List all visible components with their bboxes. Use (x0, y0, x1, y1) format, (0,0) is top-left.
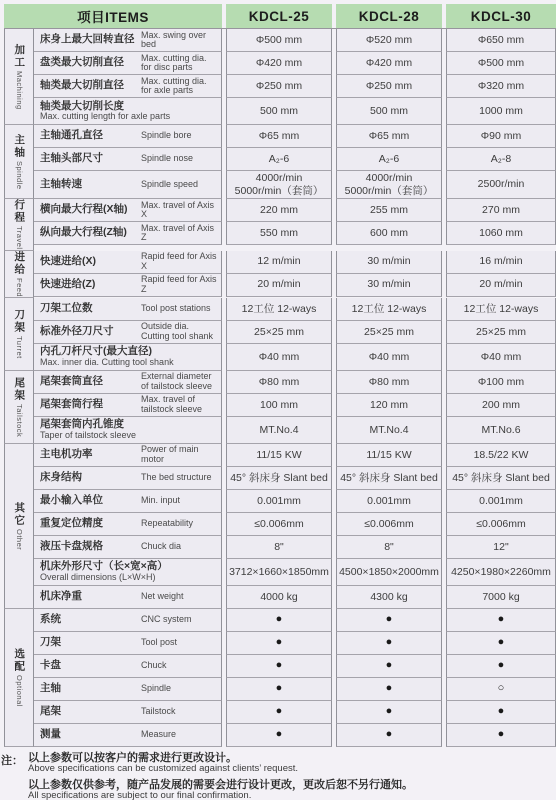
note-prefix-spacer (0, 779, 28, 800)
item-label: 最小输入单位Min. input (34, 490, 222, 513)
item-label: 尾架套筒内孔锥度Taper of tailstock sleeve (34, 417, 222, 444)
value-cell: 8" (226, 536, 332, 559)
value-cell: 4500×1850×2000mm (336, 559, 442, 586)
item-label: 刀架工位数Tool post stations (34, 298, 222, 321)
item-label: 横向最大行程(X轴)Max. travel of Axis X (34, 199, 222, 222)
option-dot-cell: ● (336, 632, 442, 655)
spec-sheet-page: 项目ITEMS KDCL-25 KDCL-28 KDCL-30 加工Machin… (0, 0, 556, 800)
group-label-feed: 进给Feed (4, 251, 34, 298)
item-label: 主轴头部尺寸Spindle nose (34, 148, 222, 171)
value-cell: Φ320 mm (446, 75, 556, 98)
value-cell: 18.5/22 KW (446, 444, 556, 467)
item-label-en: Spindle (141, 684, 171, 693)
item-label-en: Tool post (141, 638, 177, 647)
item-label-cn: 刀架工位数 (40, 303, 137, 315)
item-label-en: Spindle nose (141, 154, 193, 163)
item-label-cn: 主轴 (40, 683, 137, 695)
group-label-machining: 加工Machining (4, 29, 34, 125)
group-label-travel: 行程Travel (4, 199, 34, 251)
value-cell: A₂-8 (446, 148, 556, 171)
value-cell: Φ40 mm (446, 344, 556, 371)
value-cell: Φ80 mm (226, 371, 332, 394)
note-2: 以上参数仅供参考，随产品发展的需要会进行设计更改，更改后恕不另行通知。 All … (0, 779, 552, 800)
item-label-en: Power of main motor (141, 445, 219, 464)
value-cell: MT.No.4 (336, 417, 442, 444)
spec-group-feed: 进给Feed快速进给(X)Rapid feed for Axis X12 m/m… (4, 251, 556, 298)
spec-row: 主轴Spindle●●○ (34, 678, 556, 701)
item-label-en: Rapid feed for Axis X (141, 252, 219, 271)
item-label: 机床外形尺寸（长×宽×高）Overall dimensions (L×W×H) (34, 559, 222, 586)
item-label: 盘类最大切削直径Max. cutting dia. for disc parts (34, 52, 222, 75)
value-cell: 16 m/min (446, 251, 556, 274)
spec-row: 盘类最大切削直径Max. cutting dia. for disc parts… (34, 52, 556, 75)
item-label-cn: 快速进给(Z) (40, 279, 137, 291)
spec-row: 主轴转速Spindle speed4000r/min 5000r/min（套筒）… (34, 171, 556, 199)
group-rows: 主电机功率Power of main motor11/15 KW11/15 KW… (34, 444, 556, 609)
value-cell: Φ90 mm (446, 125, 556, 148)
spec-row: 轴类最大切削直径Max. cutting dia. for axle parts… (34, 75, 556, 98)
item-label: 测量Measure (34, 724, 222, 747)
spec-group-spindle: 主轴Spindle主轴通孔直径Spindle boreΦ65 mmΦ65 mmΦ… (4, 125, 556, 199)
spec-row: 尾架套筒行程Max. travel of tailstock sleeve100… (34, 394, 556, 417)
item-label-en: Tool post stations (141, 304, 211, 313)
value-cell: 45° 斜床身 Slant bed (336, 467, 442, 490)
spec-table-groups: 加工Machining床身上最大回转直径Max. swing over bedΦ… (4, 28, 556, 747)
value-cell: 4300 kg (336, 586, 442, 609)
item-label-en: External diameter of tailstock sleeve (141, 372, 219, 391)
spec-row: 内孔刀杆尺寸(最大直径)Max. inner dia. Cutting tool… (34, 344, 556, 371)
value-cell: Φ420 mm (336, 52, 442, 75)
item-label: 机床净重Net weight (34, 586, 222, 609)
option-dot-cell: ○ (446, 678, 556, 701)
value-cell: 3712×1660×1850mm (226, 559, 332, 586)
value-cell: A₂-6 (226, 148, 332, 171)
spec-group-travel: 行程Travel横向最大行程(X轴)Max. travel of Axis X2… (4, 199, 556, 251)
option-dot-cell: ● (336, 678, 442, 701)
item-label-en: Max. travel of Axis X (141, 201, 219, 220)
spec-row: 机床净重Net weight4000 kg4300 kg7000 kg (34, 586, 556, 609)
spec-row: 主轴头部尺寸Spindle noseA₂-6A₂-6A₂-8 (34, 148, 556, 171)
spec-row: 液压卡盘规格Chuck dia8"8"12" (34, 536, 556, 559)
option-dot-cell: ● (226, 678, 332, 701)
value-cell: 30 m/min (336, 274, 442, 297)
value-cell: 2500r/min (446, 171, 556, 199)
note-1: 注： 以上参数可以按客户的需求进行更改设计。 Above specificati… (0, 752, 552, 774)
item-label: 尾架Tailstock (34, 701, 222, 724)
spec-row: 尾架套筒直径External diameter of tailstock sle… (34, 371, 556, 394)
note-1-en: Above specifications can be customized a… (28, 764, 298, 774)
option-dot-cell: ● (226, 655, 332, 678)
group-label-cn: 进给 (14, 251, 25, 276)
item-label: 标准外径刀尺寸Outside dia. Cutting tool shank (34, 321, 222, 344)
item-label: 主轴Spindle (34, 678, 222, 701)
value-cell: Φ250 mm (336, 75, 442, 98)
value-cell: ≤0.006mm (336, 513, 442, 536)
spec-row: 主轴通孔直径Spindle boreΦ65 mmΦ65 mmΦ90 mm (34, 125, 556, 148)
item-label-cn: 机床净重 (40, 591, 137, 603)
spec-row: 快速进给(Z)Rapid feed for Axis Z20 m/min30 m… (34, 274, 556, 297)
group-label-optional: 选配Optional (4, 609, 34, 747)
spec-row: 测量Measure●●● (34, 724, 556, 747)
spec-row: 快速进给(X)Rapid feed for Axis X12 m/min30 m… (34, 251, 556, 274)
spec-group-tailstock: 尾架Tailstock尾架套筒直径External diameter of ta… (4, 371, 556, 444)
value-cell: 20 m/min (446, 274, 556, 297)
value-cell: Φ80 mm (336, 371, 442, 394)
value-cell: Φ40 mm (336, 344, 442, 371)
item-label-cn: 床身结构 (40, 472, 137, 484)
item-label-en: Spindle speed (141, 180, 198, 189)
value-cell: 4250×1980×2260mm (446, 559, 556, 586)
spec-group-machining: 加工Machining床身上最大回转直径Max. swing over bedΦ… (4, 29, 556, 125)
value-cell: 0.001mm (336, 490, 442, 513)
group-label-en: Travel (15, 226, 23, 250)
spec-row: 横向最大行程(X轴)Max. travel of Axis X220 mm255… (34, 199, 556, 222)
value-cell: ≤0.006mm (446, 513, 556, 536)
item-label: 快速进给(X)Rapid feed for Axis X (34, 251, 222, 274)
item-label-cn: 刀架 (40, 637, 137, 649)
item-label-cn: 纵向最大行程(Z轴) (40, 227, 137, 239)
note-prefix: 注： (0, 752, 28, 774)
spec-row: 刀架Tool post●●● (34, 632, 556, 655)
value-cell: 45° 斜床身 Slant bed (446, 467, 556, 490)
spec-row: 机床外形尺寸（长×宽×高）Overall dimensions (L×W×H)3… (34, 559, 556, 586)
value-cell: 25×25 mm (336, 321, 442, 344)
spec-row: 卡盘Chuck●●● (34, 655, 556, 678)
spec-row: 纵向最大行程(Z轴)Max. travel of Axis Z550 mm600… (34, 222, 556, 245)
value-cell: 11/15 KW (336, 444, 442, 467)
item-label: 快速进给(Z)Rapid feed for Axis Z (34, 274, 222, 297)
value-cell: Φ500 mm (446, 52, 556, 75)
item-label-en: Measure (141, 730, 176, 739)
value-cell: 25×25 mm (226, 321, 332, 344)
group-label-en: Turret (15, 336, 23, 359)
value-cell: 8" (336, 536, 442, 559)
value-cell: 500 mm (336, 98, 442, 125)
item-label-cn: 测量 (40, 729, 137, 741)
value-cell: Φ650 mm (446, 29, 556, 52)
value-cell: 100 mm (226, 394, 332, 417)
option-dot-cell: ● (446, 701, 556, 724)
group-label-cn: 选配 (14, 648, 25, 673)
item-label: 床身结构The bed structure (34, 467, 222, 490)
item-label-en: Taper of tailstock sleeve (40, 431, 136, 440)
header-model-kdcl-30: KDCL-30 (446, 4, 556, 28)
item-label-cn: 主轴转速 (40, 179, 137, 191)
item-label-cn: 系统 (40, 614, 137, 626)
header-model-kdcl-28: KDCL-28 (336, 4, 442, 28)
item-label-en: Chuck (141, 661, 167, 670)
value-cell: Φ250 mm (226, 75, 332, 98)
group-label-cn: 刀架 (14, 309, 25, 334)
option-dot-cell: ● (226, 632, 332, 655)
item-label-en: Max. swing over bed (141, 31, 219, 50)
group-label-en: Optional (15, 675, 23, 707)
group-label-en: Machining (15, 71, 23, 110)
option-dot-cell: ● (336, 609, 442, 632)
item-label: 轴类最大切削长度Max. cutting length for axle par… (34, 98, 222, 125)
option-dot-cell: ● (446, 632, 556, 655)
item-label: 尾架套筒直径External diameter of tailstock sle… (34, 371, 222, 394)
group-label-en: Tailstock (15, 404, 23, 437)
group-rows: 尾架套筒直径External diameter of tailstock sle… (34, 371, 556, 444)
value-cell: 500 mm (226, 98, 332, 125)
value-cell: 7000 kg (446, 586, 556, 609)
value-cell: MT.No.4 (226, 417, 332, 444)
option-dot-cell: ● (336, 655, 442, 678)
item-label-cn: 主电机功率 (40, 449, 137, 461)
item-label-en: Overall dimensions (L×W×H) (40, 573, 156, 582)
option-dot-cell: ● (226, 609, 332, 632)
group-label-en: Other (15, 529, 23, 550)
value-cell: 12工位 12-ways (446, 298, 556, 321)
value-cell: Φ500 mm (226, 29, 332, 52)
item-label-en: The bed structure (141, 473, 212, 482)
group-label-tailstock: 尾架Tailstock (4, 371, 34, 444)
item-label-cn: 尾架套筒行程 (40, 399, 137, 411)
item-label-cn: 重复定位精度 (40, 518, 137, 530)
value-cell: Φ420 mm (226, 52, 332, 75)
spec-row: 尾架套筒内孔锥度Taper of tailstock sleeveMT.No.4… (34, 417, 556, 444)
spec-group-turret: 刀架Turret刀架工位数Tool post stations12工位 12-w… (4, 298, 556, 371)
item-label-cn: 主轴头部尺寸 (40, 153, 137, 165)
group-rows: 刀架工位数Tool post stations12工位 12-ways12工位 … (34, 298, 556, 371)
item-label-en: Max. cutting length for axle parts (40, 112, 170, 121)
item-label: 床身上最大回转直径Max. swing over bed (34, 29, 222, 52)
value-cell: 12工位 12-ways (226, 298, 332, 321)
value-cell: 45° 斜床身 Slant bed (226, 467, 332, 490)
table-header: 项目ITEMS KDCL-25 KDCL-28 KDCL-30 (4, 4, 556, 28)
item-label-en: Max. travel of Axis Z (141, 224, 219, 243)
value-cell: 20 m/min (226, 274, 332, 297)
value-cell: ≤0.006mm (226, 513, 332, 536)
item-label-cn: 快速进给(X) (40, 256, 137, 268)
item-label: 系统CNC system (34, 609, 222, 632)
option-dot-cell: ● (226, 724, 332, 747)
item-label-cn: 卡盘 (40, 660, 137, 672)
spec-table: 项目ITEMS KDCL-25 KDCL-28 KDCL-30 加工Machin… (4, 4, 556, 747)
item-label: 内孔刀杆尺寸(最大直径)Max. inner dia. Cutting tool… (34, 344, 222, 371)
footer-notes: 注： 以上参数可以按客户的需求进行更改设计。 Above specificati… (0, 752, 552, 800)
item-label: 液压卡盘规格Chuck dia (34, 536, 222, 559)
item-label: 主轴转速Spindle speed (34, 171, 222, 199)
spec-row: 轴类最大切削长度Max. cutting length for axle par… (34, 98, 556, 125)
value-cell: 1000 mm (446, 98, 556, 125)
group-label-cn: 其它 (14, 502, 25, 527)
item-label-cn: 床身上最大回转直径 (40, 34, 137, 46)
spec-row: 重复定位精度Repeatability≤0.006mm≤0.006mm≤0.00… (34, 513, 556, 536)
value-cell: Φ65 mm (336, 125, 442, 148)
value-cell: 255 mm (336, 199, 442, 222)
option-dot-cell: ● (226, 701, 332, 724)
item-label-en: Min. input (141, 496, 180, 505)
group-label-cn: 主轴 (14, 134, 25, 159)
value-cell: Φ100 mm (446, 371, 556, 394)
value-cell: A₂-6 (336, 148, 442, 171)
group-rows: 床身上最大回转直径Max. swing over bedΦ500 mmΦ520 … (34, 29, 556, 125)
item-label-en: Tailstock (141, 707, 176, 716)
value-cell: 25×25 mm (446, 321, 556, 344)
item-label-cn: 最小输入单位 (40, 495, 137, 507)
spec-row: 尾架Tailstock●●● (34, 701, 556, 724)
value-cell: 4000 kg (226, 586, 332, 609)
option-dot-cell: ● (336, 724, 442, 747)
value-cell: Φ520 mm (336, 29, 442, 52)
spec-row: 刀架工位数Tool post stations12工位 12-ways12工位 … (34, 298, 556, 321)
group-label-cn: 尾架 (14, 377, 25, 402)
item-label: 主电机功率Power of main motor (34, 444, 222, 467)
value-cell: Φ40 mm (226, 344, 332, 371)
value-cell: 0.001mm (446, 490, 556, 513)
item-label-cn: 轴类最大切削直径 (40, 80, 137, 92)
group-rows: 系统CNC system●●●刀架Tool post●●●卡盘Chuck●●●主… (34, 609, 556, 747)
item-label-cn: 标准外径刀尺寸 (40, 326, 137, 338)
group-rows: 主轴通孔直径Spindle boreΦ65 mmΦ65 mmΦ90 mm主轴头部… (34, 125, 556, 199)
spec-row: 主电机功率Power of main motor11/15 KW11/15 KW… (34, 444, 556, 467)
value-cell: 220 mm (226, 199, 332, 222)
item-label-en: Max. travel of tailstock sleeve (141, 395, 219, 414)
group-label-other: 其它Other (4, 444, 34, 609)
spec-row: 床身上最大回转直径Max. swing over bedΦ500 mmΦ520 … (34, 29, 556, 52)
spec-row: 系统CNC system●●● (34, 609, 556, 632)
item-label-cn: 尾架套筒直径 (40, 376, 137, 388)
item-label: 主轴通孔直径Spindle bore (34, 125, 222, 148)
value-cell: 30 m/min (336, 251, 442, 274)
item-label-en: Outside dia. Cutting tool shank (141, 322, 219, 341)
header-model-kdcl-25: KDCL-25 (226, 4, 332, 28)
value-cell: 550 mm (226, 222, 332, 245)
spec-row: 床身结构The bed structure45° 斜床身 Slant bed45… (34, 467, 556, 490)
group-label-en: Spindle (15, 161, 23, 190)
value-cell: Φ65 mm (226, 125, 332, 148)
item-label-en: Repeatability (141, 519, 193, 528)
value-cell: MT.No.6 (446, 417, 556, 444)
value-cell: 0.001mm (226, 490, 332, 513)
group-label-cn: 行程 (14, 199, 25, 224)
item-label-en: CNC system (141, 615, 192, 624)
value-cell: 12" (446, 536, 556, 559)
group-rows: 横向最大行程(X轴)Max. travel of Axis X220 mm255… (34, 199, 556, 251)
item-label: 重复定位精度Repeatability (34, 513, 222, 536)
value-cell: 270 mm (446, 199, 556, 222)
value-cell: 600 mm (336, 222, 442, 245)
item-label-en: Max. inner dia. Cutting tool shank (40, 358, 174, 367)
option-dot-cell: ● (336, 701, 442, 724)
spec-group-optional: 选配Optional系统CNC system●●●刀架Tool post●●●卡… (4, 609, 556, 747)
header-items-label: 项目ITEMS (4, 4, 222, 28)
group-label-spindle: 主轴Spindle (4, 125, 34, 199)
value-cell: 11/15 KW (226, 444, 332, 467)
item-label-en: Max. cutting dia. for disc parts (141, 54, 219, 73)
item-label-en: Spindle bore (141, 131, 192, 140)
group-label-cn: 加工 (14, 44, 25, 69)
value-cell: 12 m/min (226, 251, 332, 274)
item-label-en: Max. cutting dia. for axle parts (141, 77, 219, 96)
option-dot-cell: ● (446, 609, 556, 632)
item-label: 纵向最大行程(Z轴)Max. travel of Axis Z (34, 222, 222, 245)
item-label: 刀架Tool post (34, 632, 222, 655)
item-label-en: Rapid feed for Axis Z (141, 275, 219, 294)
item-label-cn: 液压卡盘规格 (40, 541, 137, 553)
option-dot-cell: ● (446, 655, 556, 678)
value-cell: 120 mm (336, 394, 442, 417)
group-rows: 快速进给(X)Rapid feed for Axis X12 m/min30 m… (34, 251, 556, 298)
spec-row: 最小输入单位Min. input0.001mm0.001mm0.001mm (34, 490, 556, 513)
item-label-cn: 主轴通孔直径 (40, 130, 137, 142)
spec-row: 标准外径刀尺寸Outside dia. Cutting tool shank25… (34, 321, 556, 344)
item-label-cn: 横向最大行程(X轴) (40, 204, 137, 216)
value-cell: 12工位 12-ways (336, 298, 442, 321)
group-label-turret: 刀架Turret (4, 298, 34, 371)
item-label: 卡盘Chuck (34, 655, 222, 678)
group-label-en: Feed (15, 278, 23, 297)
value-cell: 200 mm (446, 394, 556, 417)
item-label-en: Net weight (141, 592, 184, 601)
item-label-cn: 盘类最大切削直径 (40, 57, 137, 69)
value-cell: 1060 mm (446, 222, 556, 245)
note-2-en: All specifications are subject to our fi… (28, 791, 413, 800)
spec-group-other: 其它Other主电机功率Power of main motor11/15 KW1… (4, 444, 556, 609)
item-label: 轴类最大切削直径Max. cutting dia. for axle parts (34, 75, 222, 98)
value-cell: 4000r/min 5000r/min（套筒） (336, 171, 442, 199)
item-label: 尾架套筒行程Max. travel of tailstock sleeve (34, 394, 222, 417)
option-dot-cell: ● (446, 724, 556, 747)
item-label-en: Chuck dia (141, 542, 181, 551)
value-cell: 4000r/min 5000r/min（套筒） (226, 171, 332, 199)
item-label-cn: 尾架 (40, 706, 137, 718)
